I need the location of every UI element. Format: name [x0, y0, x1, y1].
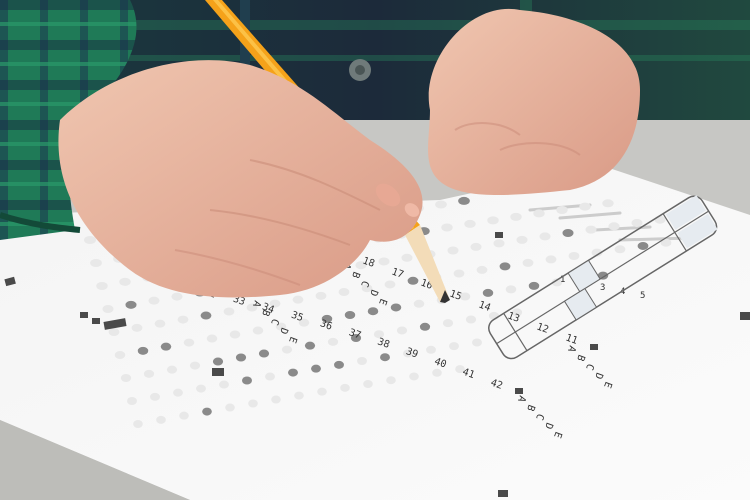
bubble-empty: [516, 236, 527, 244]
bubble-empty: [340, 384, 350, 392]
bubble-empty: [127, 397, 137, 405]
bubble-empty: [608, 222, 619, 230]
bubble-empty: [654, 216, 665, 224]
bubble-empty: [184, 339, 195, 347]
bubble-empty: [293, 296, 304, 304]
bubble-empty: [449, 342, 459, 350]
bubble-filled: [236, 354, 246, 362]
bubble-filled: [259, 350, 269, 358]
bubble-empty: [443, 319, 453, 327]
bubble-empty: [316, 292, 327, 300]
bubble-empty: [317, 388, 327, 396]
bubble-empty: [328, 338, 338, 346]
bubble-empty: [426, 346, 436, 354]
bubble-empty: [196, 385, 206, 393]
bubble-empty: [493, 239, 504, 247]
bubble-empty: [156, 416, 166, 424]
bubble-empty: [84, 236, 96, 244]
bubble-empty: [132, 324, 143, 332]
bubble-filled: [125, 301, 136, 309]
bubble-empty: [171, 293, 182, 301]
bubble-empty: [225, 404, 235, 412]
bubble-empty: [109, 328, 120, 336]
bubble-empty: [282, 346, 292, 354]
bubble-empty: [363, 380, 373, 388]
bubble-empty: [539, 232, 550, 240]
bubble-empty: [207, 335, 218, 343]
question-number: 5: [640, 291, 645, 301]
question-number: 3: [600, 283, 605, 293]
bubble-empty: [409, 372, 419, 380]
bubble-empty: [466, 316, 476, 324]
bubble-empty: [470, 243, 481, 251]
bubble-empty: [121, 374, 131, 382]
bubble-empty: [432, 369, 442, 377]
bubble-empty: [615, 245, 626, 253]
bubble-empty: [219, 381, 229, 389]
bubble-empty: [477, 266, 488, 274]
bubble-empty: [435, 201, 447, 209]
bubble-empty: [602, 199, 613, 207]
bubble-empty: [119, 278, 130, 286]
bubble-empty: [173, 389, 183, 397]
bubble-empty: [155, 320, 166, 328]
bubble-empty: [271, 396, 281, 404]
left-hand-resting: [428, 9, 640, 195]
bubble-filled: [500, 262, 511, 270]
bubble-empty: [167, 366, 177, 374]
bubble-empty: [569, 252, 580, 260]
bubble-empty: [224, 308, 235, 316]
bubble-filled: [242, 377, 252, 385]
bubble-filled: [391, 303, 402, 311]
bubble-empty: [178, 316, 189, 324]
bubble-empty: [144, 370, 154, 378]
bubble-empty: [454, 270, 465, 278]
scene-illustration: 4241403938373635343332311112131415161718…: [0, 0, 750, 500]
bubble-empty: [447, 247, 458, 255]
bubble-empty: [115, 351, 126, 359]
bubble-empty: [579, 203, 590, 211]
bubble-empty: [506, 285, 517, 293]
bubble-empty: [102, 305, 113, 313]
bubble-empty: [414, 300, 425, 308]
bubble-empty: [523, 259, 534, 267]
bubble-empty: [190, 362, 200, 370]
bubble-empty: [294, 392, 304, 400]
bubble-empty: [90, 259, 102, 267]
bubble-empty: [386, 376, 396, 384]
bubble-empty: [546, 255, 557, 263]
bubble-empty: [441, 224, 452, 232]
bubble-filled: [562, 229, 573, 237]
bubble-empty: [487, 216, 498, 224]
bubble-empty: [357, 357, 367, 365]
bubble-filled: [161, 343, 172, 351]
bubble-empty: [378, 257, 389, 265]
bubble-filled: [458, 197, 470, 205]
bubble-filled: [305, 342, 315, 350]
bubble-empty: [556, 206, 567, 214]
bubble-empty: [472, 339, 482, 347]
bubble-empty: [385, 280, 396, 288]
bubble-empty: [248, 400, 258, 408]
bubble-filled: [380, 353, 390, 361]
bubble-filled: [202, 408, 212, 416]
bubble-empty: [631, 219, 642, 227]
bubble-empty: [253, 327, 264, 335]
bubble-empty: [179, 412, 189, 420]
bubble-filled: [288, 369, 298, 377]
bubble-empty: [510, 213, 521, 221]
bubble-empty: [265, 373, 275, 381]
bubble-filled: [368, 307, 379, 315]
bubble-filled: [638, 242, 649, 250]
bubble-empty: [585, 226, 596, 234]
bubble-empty: [133, 420, 143, 428]
photo-scene: 4241403938373635343332311112131415161718…: [0, 0, 750, 500]
bubble-filled: [408, 277, 419, 285]
bubble-filled: [483, 289, 494, 297]
bubble-empty: [401, 254, 412, 262]
bubble-filled: [138, 347, 149, 355]
bubble-empty: [464, 220, 475, 228]
bubble-filled: [529, 282, 540, 290]
bubble-empty: [230, 331, 241, 339]
bubble-filled: [334, 361, 344, 369]
bubble-empty: [148, 297, 159, 305]
bubble-empty: [96, 282, 107, 290]
bubble-filled: [345, 311, 356, 319]
bubble-filled: [213, 358, 223, 366]
bubble-filled: [420, 323, 430, 331]
bubble-filled: [311, 365, 321, 373]
bubble-empty: [397, 326, 407, 334]
bubble-empty: [533, 209, 544, 217]
bubble-filled: [201, 312, 212, 320]
bubble-empty: [150, 393, 160, 401]
bubble-empty: [339, 288, 350, 296]
